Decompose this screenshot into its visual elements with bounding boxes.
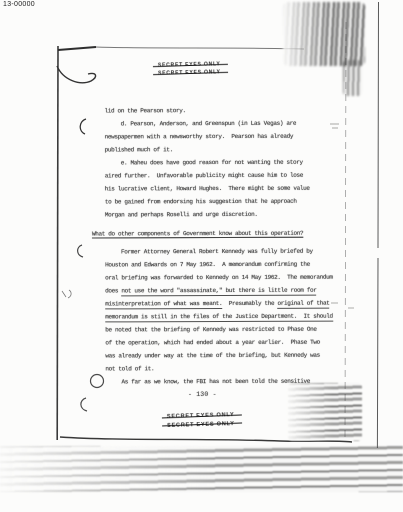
page-top-edge-dark [58,47,96,50]
text-line: was already under way at the time of the… [105,349,347,363]
text-line: newspapermen with a newsworthy story. Pe… [105,130,347,144]
text-line: e. Maheu does have good reason for not w… [105,156,347,170]
text-line: aired further. Unfavorable publicity mig… [105,169,347,183]
scanned-document-page: 13-00000 SECRET EYES ONLY SECRET EYES ON… [0,0,403,512]
text-line: to be gained from endorsing his suggesti… [105,195,347,209]
stamp-text-struck: SECRET EYES ONLY [158,69,221,78]
classification-stamp-top: SECRET EYES ONLY SECRET EYES ONLY [158,61,221,77]
paragraph: Former Attorney General Robert Kennedy w… [105,245,347,376]
text-line: As far as we know, the FBI has not been … [105,375,347,389]
classification-stamp-bottom: SECRET EYES ONLY SECRET EYES ONLY [167,411,235,430]
pen-mark-c3 [81,398,87,411]
text-line: Morgan and perhaps Roselli and urge disc… [105,208,347,222]
text-line: memorandum is still in the files of the … [105,310,347,324]
scan-smudge-bottom-right [288,383,362,441]
text-line: lid on the Pearson story. [105,104,347,118]
paragraph: e. Maheu does have good reason for not w… [105,156,347,222]
text-line: What do other components of Government k… [92,227,347,241]
text-line: Former Attorney General Robert Kennedy w… [105,245,347,259]
page-top-edge [96,47,304,49]
scan-right-line [377,2,378,448]
document-id: 13-00000 [3,1,35,8]
pen-mark-c1 [80,119,86,134]
pen-circle-mark [91,375,104,388]
text-line: d. Pearson, Anderson, and Greenspun (in … [105,117,347,131]
text-line: misinterpretation of what was meant. Pre… [105,297,347,311]
text-line: published much of it. [105,143,347,157]
text-line: of the operation, which had ended about … [105,336,347,350]
pen-mark-c2 [78,245,83,257]
text-line: does not use the word "assassinate," but… [105,284,347,298]
stamp-text-struck: SECRET EYES ONLY [167,420,235,430]
text-line: Houston and Edwards on 7 May 1962. A mem… [105,258,347,272]
scan-smudge-right [343,60,362,96]
paragraph: d. Pearson, Anderson, and Greenspun (in … [105,117,347,157]
binding-curl-mark [57,66,96,83]
page-bottom-edge [60,437,352,442]
paragraph: lid on the Pearson story. [105,104,347,118]
text-line: not told of it. [105,362,347,376]
page-left-edge [57,46,58,440]
paragraph: As far as we know, the FBI has not been … [105,375,347,389]
pen-mark-45 [62,290,71,298]
scan-smudge-bottom-band [0,446,403,492]
text-line: be noted that the briefing of Kennedy wa… [105,323,347,337]
scan-smudge-top-right [283,2,365,66]
page-number: - 130 - [188,391,217,398]
text-line: his lucrative client, Howard Hughes. The… [105,182,347,196]
body-text: lid on the Pearson story.d. Pearson, And… [105,104,348,389]
text-line: oral briefing was forwarded to Kennedy o… [105,271,347,285]
section-heading: What do other components of Government k… [92,227,347,241]
